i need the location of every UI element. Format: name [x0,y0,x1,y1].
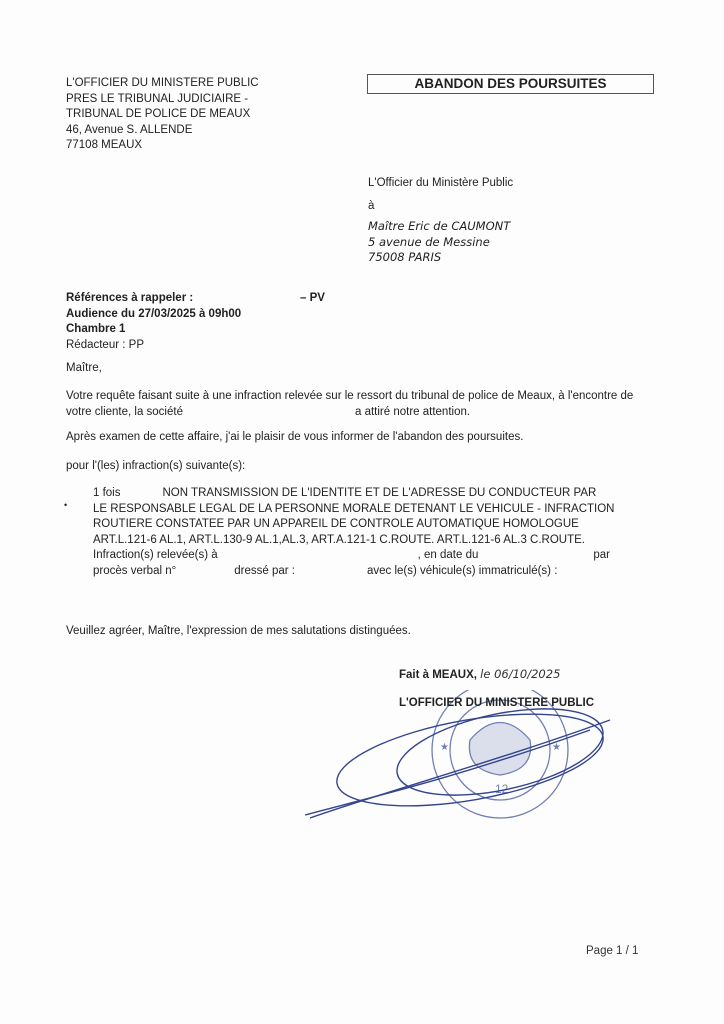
paragraph-line: votre cliente, la sociétéa attiré notre … [66,405,633,421]
official-stamp-and-signature: 12 ★ ★ [300,690,620,850]
sender-line: PRES LE TRIBUNAL JUDICIAIRE - [66,92,259,108]
infraction-item: 1 foisNON TRANSMISSION DE L'IDENTITE ET … [93,486,614,579]
chambre: Chambre 1 [66,322,241,338]
paragraph-request: Votre requête faisant suite à une infrac… [66,389,633,420]
recipient-line: 75008 PARIS [368,250,510,266]
references-pv: – PV [300,291,325,307]
paragraph-text: a attiré notre attention. [355,406,470,418]
page-number: Page 1 / 1 [586,944,638,960]
paragraph-decision: Après examen de cette affaire, j'ai le p… [66,430,523,446]
signatory-title: L'OFFICIER DU MINISTERE PUBLIC [399,696,594,712]
closing-formula: Veuillez agréer, Maître, l'expression de… [66,624,411,640]
signature-date: le 06/10/2025 [480,667,560,681]
sender-line: TRIBUNAL DE POLICE DE MEAUX [66,107,259,123]
recipient-address: Maître Eric de CAUMONT 5 avenue de Messi… [368,219,510,266]
infraction-text: ROUTIERE CONSTATEE PAR UN APPAREIL DE CO… [93,517,614,533]
signature-place-date: Fait à MEAUX, le 06/10/2025 [399,667,560,684]
infraction-text: LE RESPONSABLE LEGAL DE LA PERSONNE MORA… [93,502,614,518]
infraction-par-label: par [593,549,610,561]
sender-line: 46, Avenue S. ALLENDE [66,123,259,139]
recipient-line: 5 avenue de Messine [368,235,510,251]
audience-date: Audience du 27/03/2025 à 09h00 [66,307,241,323]
paragraph-text: votre cliente, la société [66,406,183,418]
vehicle-label: avec le(s) véhicule(s) immatriculé(s) : [367,565,557,577]
sender-line: 77108 MEAUX [66,138,259,154]
infraction-date-label: , en date du [418,549,479,561]
infraction-location-label: Infraction(s) relevée(s) à [93,549,218,561]
references-block: Références à rappeler : Audience du 27/0… [66,291,241,353]
svg-text:★: ★ [552,742,561,753]
sender-line: L'OFFICIER DU MINISTERE PUBLIC [66,76,259,92]
svg-text:★: ★ [440,742,449,753]
redacteur: Rédacteur : PP [66,338,241,354]
infraction-count: 1 fois [93,487,121,499]
recipient-to-word: à [368,199,374,215]
bullet-icon: • [64,500,67,510]
paragraph-line: Votre requête faisant suite à une infrac… [66,389,633,405]
infraction-articles: ART.L.121-6 AL.1, ART.L.130-9 AL.1,AL.3,… [93,533,614,549]
references-label: Références à rappeler : [66,291,241,307]
document-title: ABANDON DES POURSUITES [367,74,654,94]
dresse-par-label: dressé par : [234,565,295,577]
paragraph-infractions-intro: pour l'(les) infraction(s) suivante(s): [66,459,245,475]
sender-address: L'OFFICIER DU MINISTERE PUBLIC PRES LE T… [66,76,259,154]
pv-number-label: procès verbal n° [93,565,176,577]
signature-place: Fait à MEAUX, [399,669,477,681]
salutation: Maître, [66,361,102,377]
recipient-line: Maître Eric de CAUMONT [368,219,510,235]
infraction-text: NON TRANSMISSION DE L'IDENTITE ET DE L'A… [163,487,597,499]
recipient-from: L'Officier du Ministère Public [368,176,513,192]
